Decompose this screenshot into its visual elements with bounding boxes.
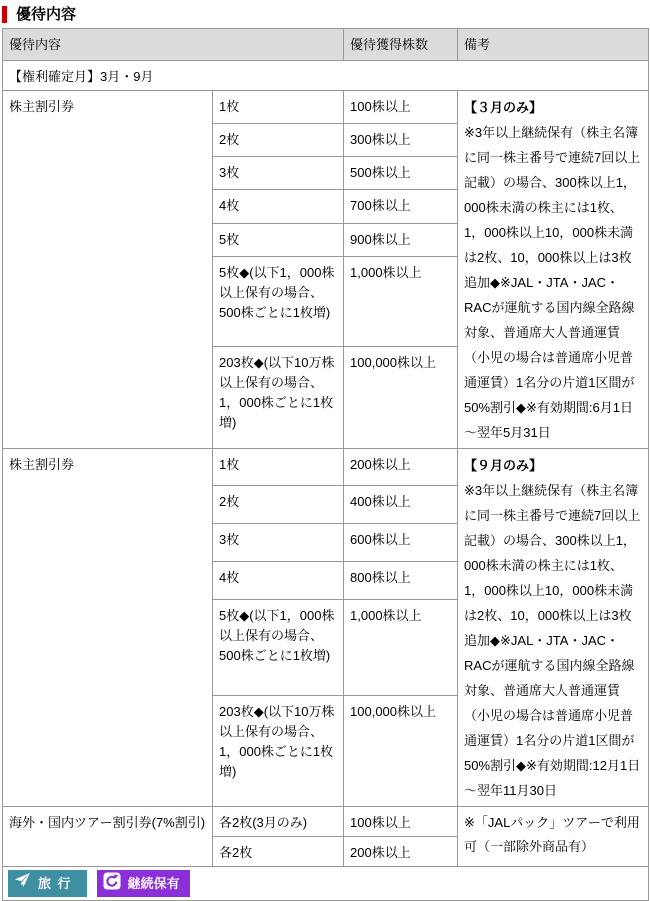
shares-cell: 900株以上 [344,223,458,256]
shares-cell: 100株以上 [344,807,458,837]
shares-cell: 1,000株以上 [344,256,458,347]
shares-cell: 1,000株以上 [344,600,458,696]
remark-body: ※「JALパック」ツアーで利用可（一部除外商品有） [464,811,642,859]
benefit-detail-cell: 各2枚(3月のみ) [213,807,344,837]
benefit-page: 優待内容 優待内容 優待獲得株数 備考 【権利確定月】3月・9月 株主割引券 1… [0,0,650,901]
travel-badge-label: 旅行 [38,874,77,894]
benefit-detail-cell: 3枚 [213,523,344,561]
remark-cell: 【３月のみ】 ※3年以上継続保有（株主名簿に同一株主番号で連続7回以上記載）の場… [458,91,649,449]
shares-cell: 200株以上 [344,837,458,867]
header-remarks: 備考 [458,29,649,61]
continuous-holding-badge-label: 継続保有 [128,874,180,894]
shares-cell: 400株以上 [344,486,458,523]
benefit-detail-cell: 203枚◆(以下10万株以上保有の場合、1，000株ごとに1枚増) [213,347,344,449]
remark-title: 【３月のみ】 [464,95,642,120]
benefit-detail-cell: 2枚 [213,124,344,157]
shares-cell: 100,000株以上 [344,696,458,807]
table-row: 株主割引券 1枚 100株以上 【３月のみ】 ※3年以上継続保有（株主名簿に同一… [3,91,649,124]
table-row: 株主割引券 1枚 200株以上 【９月のみ】 ※3年以上継続保有（株主名簿に同一… [3,449,649,486]
shares-cell: 800株以上 [344,561,458,599]
shares-cell: 200株以上 [344,449,458,486]
section-title-bar: 優待内容 [0,0,650,28]
shares-cell: 300株以上 [344,124,458,157]
red-accent-bar [2,6,7,23]
benefit-detail-cell: 5枚◆(以下1，000株以上保有の場合、500株ごとに1枚増) [213,600,344,696]
rights-month-row: 【権利確定月】3月・9月 [3,61,649,91]
badge-cell: 旅行 継続保有 [3,867,649,901]
benefit-item-cell: 株主割引券 [3,449,213,807]
benefit-detail-cell: 1枚 [213,91,344,124]
benefit-detail-cell: 3枚 [213,157,344,190]
badge-row: 旅行 継続保有 [3,867,649,901]
header-shares: 優待獲得株数 [344,29,458,61]
benefit-detail-cell: 1枚 [213,449,344,486]
shares-cell: 100,000株以上 [344,347,458,449]
benefit-detail-cell: 4枚 [213,190,344,223]
shares-cell: 600株以上 [344,523,458,561]
continuous-holding-badge[interactable]: 継続保有 [97,870,190,897]
benefit-detail-cell: 4枚 [213,561,344,599]
remark-cell: 【９月のみ】 ※3年以上継続保有（株主名簿に同一株主番号で連続7回以上記載）の場… [458,449,649,807]
benefit-detail-cell: 5枚 [213,223,344,256]
table-header-row: 優待内容 優待獲得株数 備考 [3,29,649,61]
benefit-detail-cell: 2枚 [213,486,344,523]
remark-cell: ※「JALパック」ツアーで利用可（一部除外商品有） [458,807,649,867]
benefit-table: 優待内容 優待獲得株数 備考 【権利確定月】3月・9月 株主割引券 1枚 100… [2,28,649,901]
repeat-hold-icon [103,872,121,896]
page-title: 優待内容 [16,6,76,23]
benefit-detail-cell: 5枚◆(以下1，000株以上保有の場合、500株ごとに1枚増) [213,256,344,347]
header-content: 優待内容 [3,29,344,61]
rights-month-cell: 【権利確定月】3月・9月 [3,61,649,91]
remark-body: ※3年以上継続保有（株主名簿に同一株主番号で連続7回以上記載）の場合、300株以… [464,120,642,445]
table-row: 海外・国内ツアー割引券(7%割引) 各2枚(3月のみ) 100株以上 ※「JAL… [3,807,649,837]
travel-badge[interactable]: 旅行 [8,870,87,897]
paper-plane-icon [14,872,31,895]
benefit-item-cell: 株主割引券 [3,91,213,449]
benefit-item-cell: 海外・国内ツアー割引券(7%割引) [3,807,213,867]
remark-title: 【９月のみ】 [464,453,642,478]
remark-body: ※3年以上継続保有（株主名簿に同一株主番号で連続7回以上記載）の場合、300株以… [464,478,642,803]
shares-cell: 700株以上 [344,190,458,223]
benefit-detail-cell: 各2枚 [213,837,344,867]
benefit-detail-cell: 203枚◆(以下10万株以上保有の場合、1，000株ごとに1枚増) [213,696,344,807]
shares-cell: 500株以上 [344,157,458,190]
shares-cell: 100株以上 [344,91,458,124]
